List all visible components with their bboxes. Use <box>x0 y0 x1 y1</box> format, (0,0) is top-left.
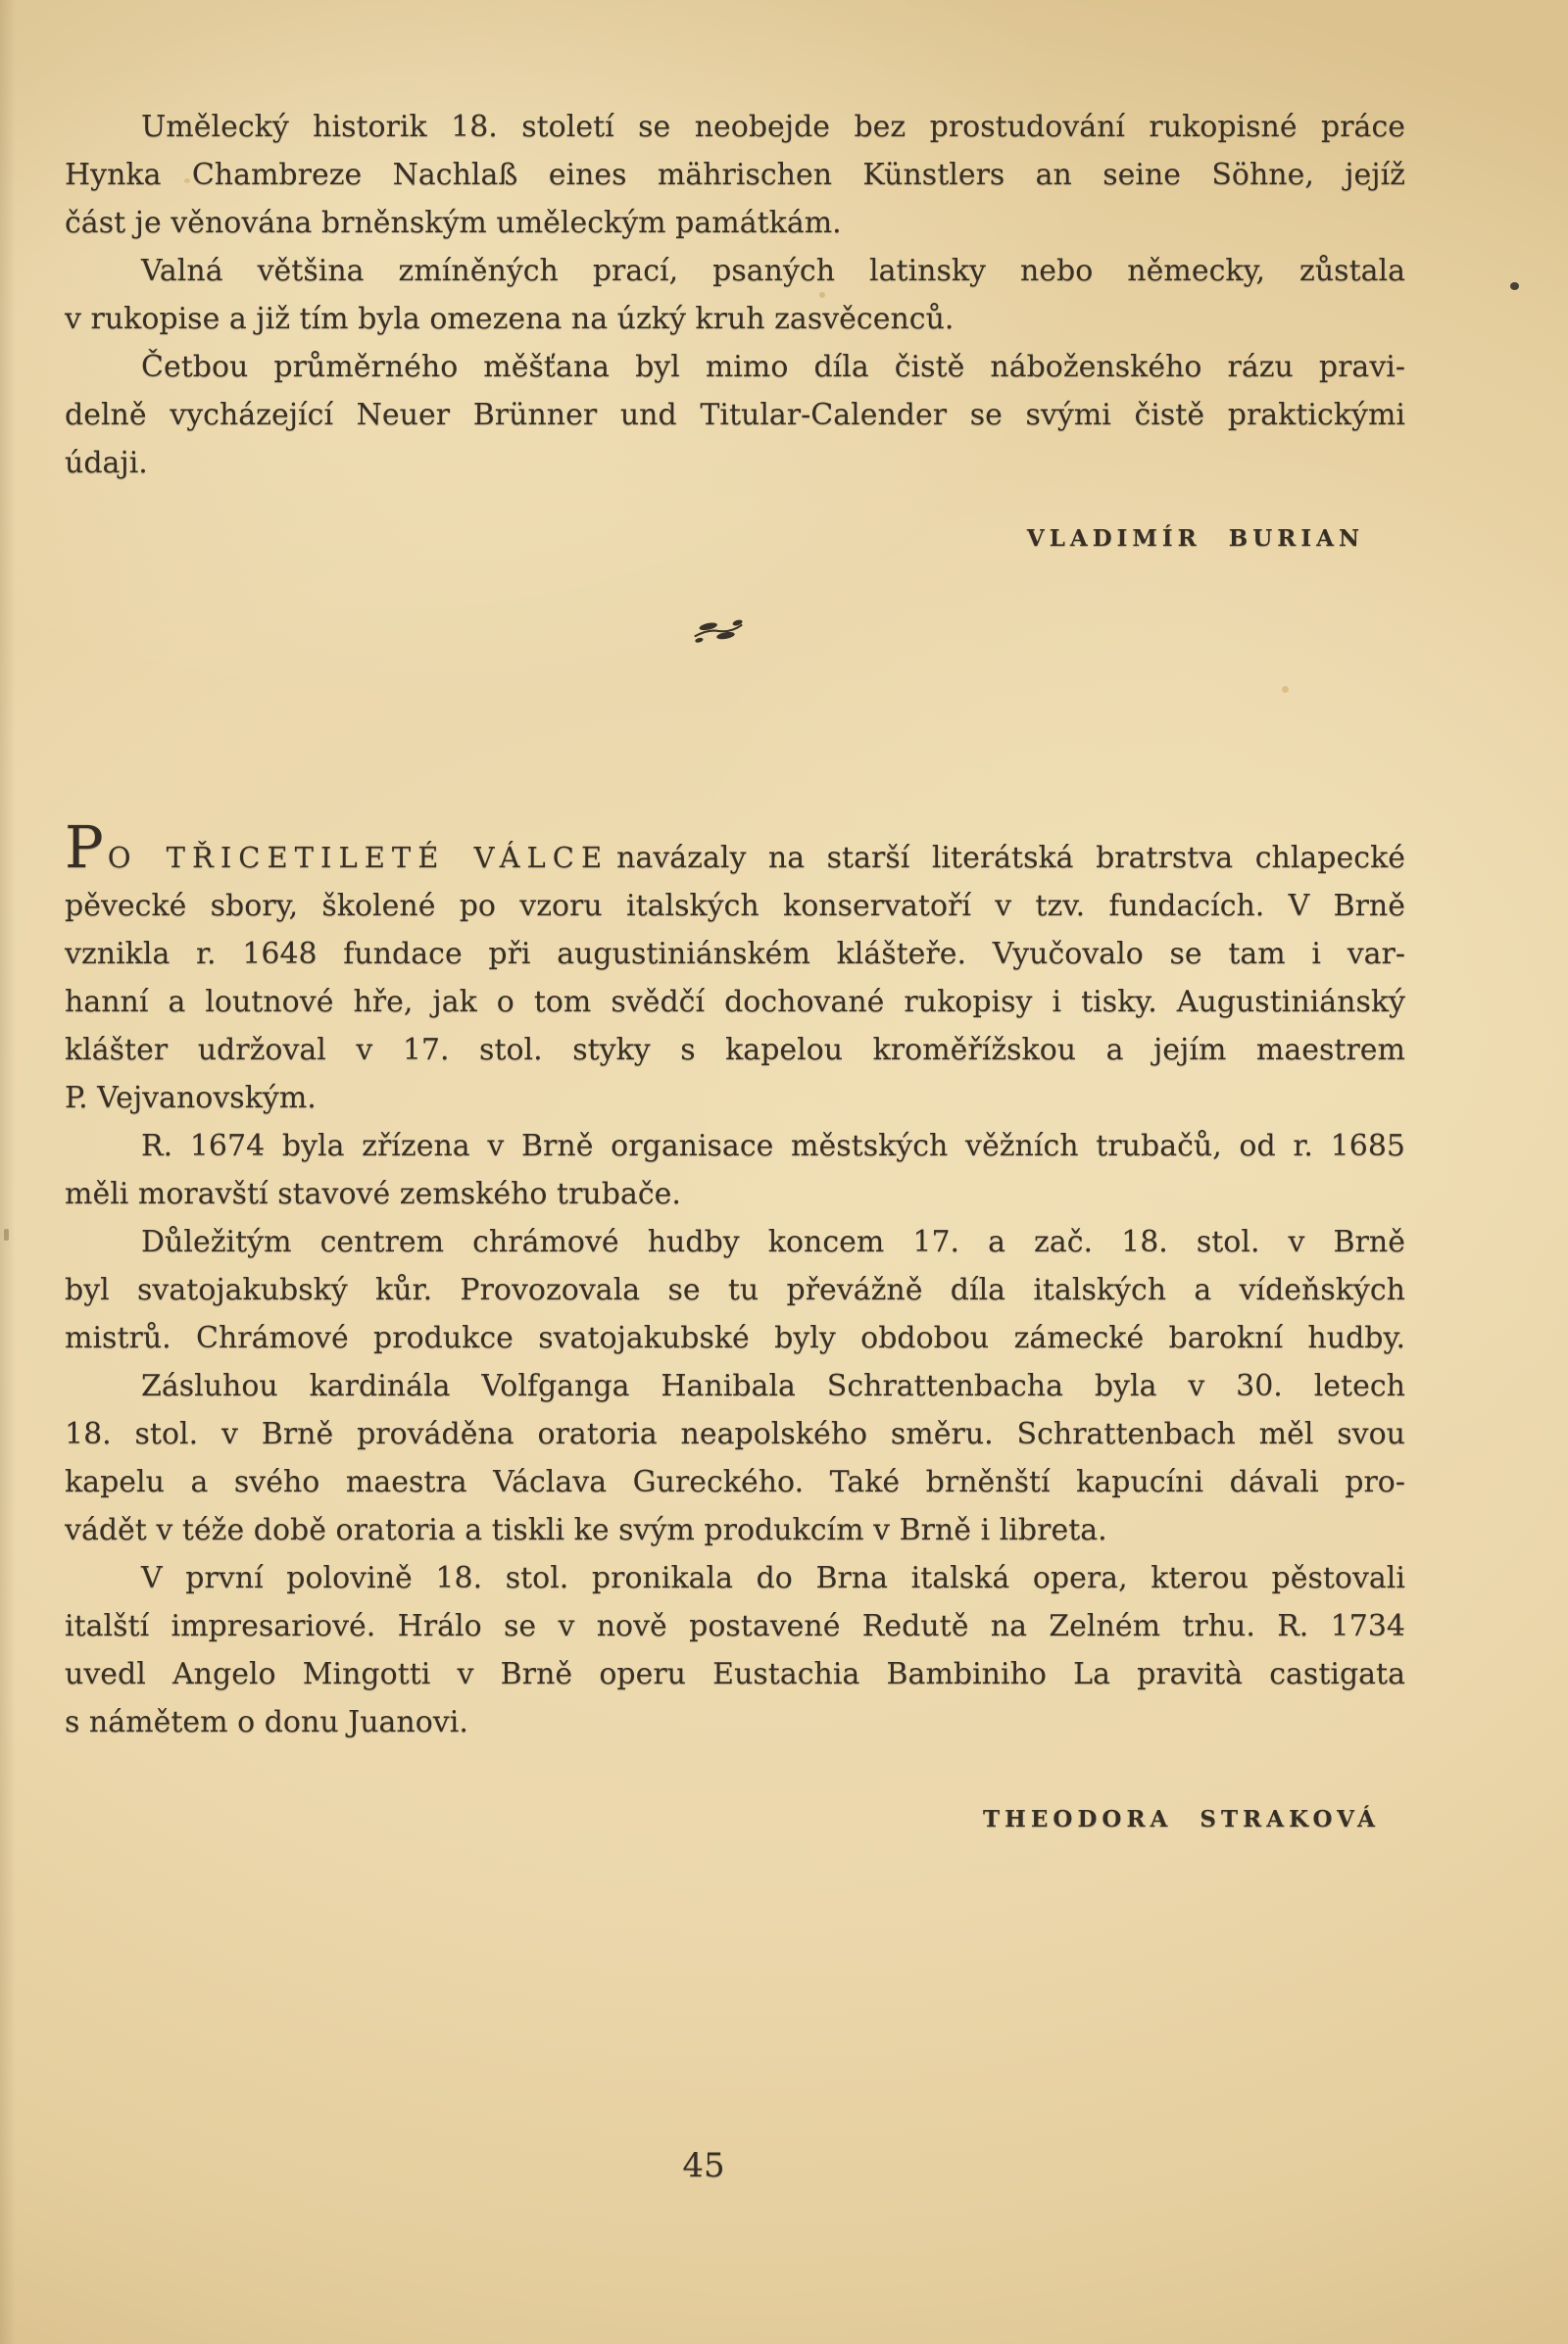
text-line: Umělecký historik 18. století se neobejd… <box>65 103 1405 151</box>
paper-speck <box>184 178 190 183</box>
paragraph: Četbou průměrného měšťana byl mimo díla … <box>65 343 1405 487</box>
page-number: 45 <box>0 2146 1407 2185</box>
article-2-paragraphs: PO TŘICETILETÉ VÁLCEnavázaly na starší l… <box>65 834 1405 1746</box>
text-line: PO TŘICETILETÉ VÁLCEnavázaly na starší l… <box>65 834 1405 882</box>
text-line: Četbou průměrného měšťana byl mimo díla … <box>65 343 1405 391</box>
text-line: kapelu a svého maestra Václava Gureckého… <box>65 1458 1405 1506</box>
author-signature-vladimir-burian: VLADIMÍR BURIAN <box>65 525 1405 552</box>
text-line: 18. stol. v Brně prováděna oratoria neap… <box>65 1410 1405 1458</box>
paragraph: V první polovině 18. stol. pronikala do … <box>65 1554 1405 1746</box>
text-line: v rukopise a již tím byla omezena na úzk… <box>65 295 1405 343</box>
text-line: Hynka Chambreze Nachlaß eines mährischen… <box>65 151 1405 199</box>
text-line: P. Vejvanovským. <box>65 1074 1405 1122</box>
text-line: část je věnována brněnským uměleckým pam… <box>65 199 1405 247</box>
article-1-paragraphs: Umělecký historik 18. století se neobejd… <box>65 103 1405 487</box>
text-line: údaji. <box>65 439 1405 487</box>
drop-cap-initial: P <box>65 813 104 881</box>
text-line: uvedl Angelo Mingotti v Brně operu Eusta… <box>65 1650 1405 1698</box>
text-line: klášter udržoval v 17. stol. styky s kap… <box>65 1026 1405 1074</box>
paper-speck <box>1282 686 1289 693</box>
paragraph: Umělecký historik 18. století se neobejd… <box>65 103 1405 247</box>
article-2: PO TŘICETILETÉ VÁLCEnavázaly na starší l… <box>65 834 1405 1746</box>
laurel-sprig-ornament-icon <box>691 614 746 646</box>
author-signature-theodora-strakova: THEODORA STRAKOVÁ <box>65 1806 1405 1832</box>
text-line: měli moravští stavové zemského trubače. <box>65 1170 1405 1218</box>
article-1: Umělecký historik 18. století se neobejd… <box>65 103 1405 487</box>
paragraph: Valná většina zmíněných prací, psaných l… <box>65 247 1405 343</box>
paragraph: Zásluhou kardinála Volfganga Hanibala Sc… <box>65 1362 1405 1554</box>
text-line: byl svatojakubský kůr. Provozovala se tu… <box>65 1266 1405 1314</box>
text-line: Zásluhou kardinála Volfganga Hanibala Sc… <box>65 1362 1405 1410</box>
text-line: V první polovině 18. stol. pronikala do … <box>65 1554 1405 1602</box>
text-line: vznikla r. 1648 fundace při augustiniáns… <box>65 930 1405 978</box>
opening-smallcaps: O TŘICETILETÉ VÁLCE <box>108 841 609 874</box>
paragraph: Důležitým centrem chrámové hudby koncem … <box>65 1218 1405 1362</box>
text-line: italští impresariové. Hrálo se v nově po… <box>65 1602 1405 1650</box>
text-line: s námětem o donu Juanovi. <box>65 1698 1405 1746</box>
book-page: Umělecký historik 18. století se neobejd… <box>0 0 1568 2344</box>
paper-speck <box>1510 282 1519 290</box>
text-line: delně vycházející Neuer Brünner und Titu… <box>65 391 1405 439</box>
text-line: hanní a loutnové hře, jak o tom svědčí d… <box>65 978 1405 1026</box>
page-binding-shadow <box>0 0 16 2344</box>
paragraph: PO TŘICETILETÉ VÁLCEnavázaly na starší l… <box>65 834 1405 1122</box>
paper-speck <box>819 292 825 298</box>
text-line: R. 1674 byla zřízena v Brně organisace m… <box>65 1122 1405 1170</box>
paragraph: R. 1674 byla zřízena v Brně organisace m… <box>65 1122 1405 1218</box>
text-line: Důležitým centrem chrámové hudby koncem … <box>65 1218 1405 1266</box>
text-line: Valná většina zmíněných prací, psaných l… <box>65 247 1405 295</box>
paper-speck <box>4 1229 9 1241</box>
text-line: pěvecké sbory, školené po vzoru italskýc… <box>65 882 1405 930</box>
text-line: vádět v téže době oratoria a tiskli ke s… <box>65 1506 1405 1554</box>
text-line: mistrů. Chrámové produkce svatojakubské … <box>65 1314 1405 1362</box>
